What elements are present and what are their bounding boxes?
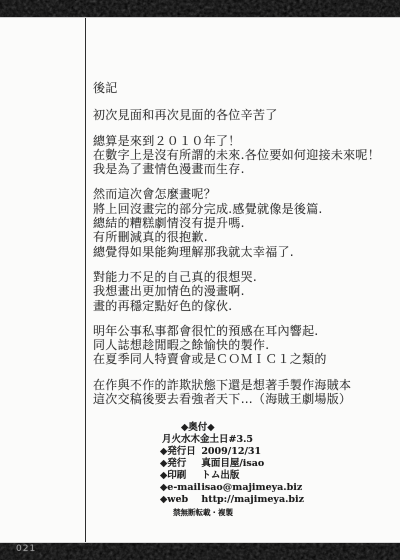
afterword-paragraph: 初次見面和再次見面的各位辛苦了 (93, 108, 393, 122)
colophon-label: ◆発行日 (160, 446, 198, 457)
afterword-line: 在夏季同人特賣會或是ＣＯＭＩＣ１之類的 (93, 352, 393, 366)
colophon-value: isao@majimeya.biz (201, 482, 302, 493)
afterword-line: 初次見面和再次見面的各位辛苦了 (93, 108, 393, 122)
colophon-row: ◆e-mail isao@majimeya.biz (160, 482, 330, 493)
afterword-line: 這次交稿後要去看強者天下…（海賊王劇場版） (93, 392, 393, 406)
scan-noise-texture (0, 543, 400, 560)
afterword-line: 對能力不足的自己真的很想哭. (93, 270, 393, 284)
afterword-paragraph: 然而這次會怎麼畫呢？ 將上回沒畫完的部分完成.感覺就像是後篇. 總結的糟糕劇情沒… (93, 187, 393, 258)
colophon-label: ◆発行 (160, 458, 198, 469)
colophon-row: ◆発行 真面目屋/isao (160, 458, 330, 469)
scanned-doujin-page: 後記 初次見面和再次見面的各位辛苦了 總算是來到２０１０年了！ 在數字上是沒有所… (0, 0, 400, 560)
colophon-row: ◆発行日 2009/12/31 (160, 446, 330, 457)
afterword-line: 總結的糟糕劇情沒有提升嗎. (93, 216, 393, 230)
afterword-line: 總覺得如果能夠理解那我就太幸福了. (93, 245, 393, 259)
afterword-paragraph: 明年公事私事都會很忙的預感在耳內響起. 同人誌想趁閒暇之餘愉快的製作. 在夏季同… (93, 324, 393, 367)
scan-noise-texture (0, 0, 400, 17)
page-gutter-line (85, 18, 86, 542)
afterword-line: 畫的再穩定點好色的傢伙. (93, 299, 393, 313)
colophon-section: ◆奥付◆ 月火水木金土日#3.5 ◆発行日 2009/12/31 ◆発行 真面目… (160, 422, 330, 517)
afterword-line: 我想畫出更加情色的漫畫啊. (93, 284, 393, 298)
afterword-line: 明年公事私事都會很忙的預感在耳內響起. (93, 324, 393, 338)
afterword-paragraph: 在作與不作的詐欺狀態下還是想著手製作海賊本 這次交稿後要去看強者天下…（海賊王劇… (93, 378, 393, 407)
colophon-value: 2009/12/31 (201, 446, 261, 457)
afterword-line: 我是為了畫情色漫畫而生存. (93, 162, 393, 176)
colophon-row: ◆web http://majimeya.biz (160, 494, 330, 505)
afterword-line: 在作與不作的詐欺狀態下還是想著手製作海賊本 (93, 378, 393, 392)
afterword-section: 後記 初次見面和再次見面的各位辛苦了 總算是來到２０１０年了！ 在數字上是沒有所… (93, 81, 393, 417)
afterword-paragraph: 總算是來到２０１０年了！ 在數字上是沒有所謂的未來.各位要如何迎接未來呢！ 我是… (93, 134, 393, 177)
afterword-line: 有所刪減真的很抱歉. (93, 230, 393, 244)
top-scan-edge (0, 0, 400, 18)
afterword-line: 同人誌想趁閒暇之餘愉快的製作. (93, 338, 393, 352)
colophon-heading: ◆奥付◆ (160, 422, 330, 433)
bottom-scan-edge (0, 542, 400, 560)
colophon-value: トム出版 (201, 470, 239, 481)
afterword-line: 將上回沒畫完的部分完成.感覺就像是後篇. (93, 202, 393, 216)
colophon-label: ◆印刷 (160, 470, 198, 481)
afterword-line: 總算是來到２０１０年了！ (93, 134, 393, 148)
afterword-line: 然而這次會怎麼畫呢？ (93, 187, 393, 201)
doujin-title: 月火水木金土日#3.5 (160, 434, 330, 445)
colophon-row: ◆印刷 トム出版 (160, 470, 330, 481)
reprint-prohibition-notice: 禁無断転載・複製 (160, 508, 330, 517)
afterword-title: 後記 (93, 81, 393, 95)
colophon-label: ◆e-mail (160, 482, 198, 493)
page-number: 021 (16, 544, 36, 554)
colophon-value: 真面目屋/isao (201, 458, 264, 469)
colophon-value: http://majimeya.biz (201, 494, 304, 505)
afterword-paragraph: 對能力不足的自己真的很想哭. 我想畫出更加情色的漫畫啊. 畫的再穩定點好色的傢伙… (93, 270, 393, 313)
colophon-label: ◆web (160, 494, 198, 505)
afterword-line: 在數字上是沒有所謂的未來.各位要如何迎接未來呢！ (93, 148, 393, 162)
